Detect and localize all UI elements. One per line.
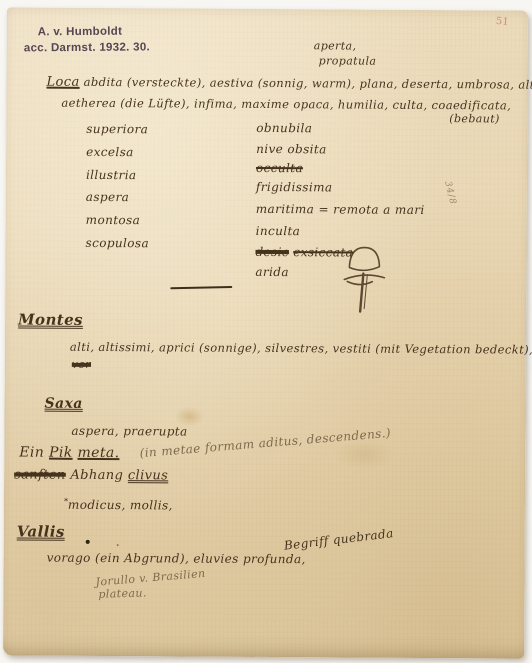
manuscript-content: A. v. Humboldt acc. Darmst. 1932. 30. 51… <box>3 7 528 658</box>
loca-line-1: Loca abdita (versteckte), aestiva (sonni… <box>46 76 532 94</box>
loca-left-item: illustria <box>86 169 137 182</box>
paper-stain <box>174 406 204 426</box>
margin-scribble: 34/8 <box>442 180 457 206</box>
exsiccata-struck-prefix: desic <box>255 245 289 259</box>
vallis-note-quebrada: Begriff quebrada <box>283 527 394 553</box>
saxa-line: aspera, praerupta <box>71 425 187 439</box>
vallis-note-below-1: Jorullo v. Brasilien <box>95 568 206 589</box>
vallis-line: vorago (ein Abgrund), eluvies profunda, <box>47 552 306 567</box>
loca-heading: Loca <box>46 75 79 90</box>
insertion-propatula: propatula <box>319 55 377 67</box>
loca-line-2: aetherea (die Lüfte), infima, maxime opa… <box>61 97 511 112</box>
loca-right-item: maritima = remota a mari <box>256 203 425 217</box>
vallis-heading: Vallis <box>17 523 65 540</box>
loca-right-item: inculta <box>256 225 301 238</box>
montes-struck-word: ver <box>72 359 91 371</box>
loca-left-item: montosa <box>86 214 141 228</box>
loca-left-item: superiora <box>86 123 148 137</box>
loca-line-2-note: (bebaut) <box>449 113 500 125</box>
insertion-aperta: aperta, <box>314 40 357 52</box>
paper-stain <box>334 439 394 469</box>
stamp-line-2: acc. Darmst. 1932. 30. <box>24 40 150 57</box>
vallis-note-below-2: plateau. <box>98 587 147 600</box>
pik-word-ein: Ein <box>19 444 44 460</box>
loca-left-item: scopulosa <box>86 237 150 251</box>
saxa-heading: Saxa <box>45 397 83 413</box>
page-number: 51 <box>495 16 509 28</box>
abhang-sub-line: *modicus, mollis, <box>64 498 173 513</box>
loca-left-item: excelsa <box>86 146 134 159</box>
stamp-line-1: A. v. Humboldt <box>24 24 150 41</box>
manuscript-paper: A. v. Humboldt acc. Darmst. 1932. 30. 51… <box>3 7 528 658</box>
humboldt-stamp: A. v. Humboldt acc. Darmst. 1932. 30. <box>24 24 150 56</box>
mushroom-sketch-icon <box>338 240 390 318</box>
abhang-struck-word: sanften <box>14 467 66 482</box>
loca-left-item: aspera <box>86 191 129 204</box>
pik-line: Ein Pik meta. <box>19 445 119 461</box>
abhang-sub-text: modicus, mollis, <box>68 498 173 513</box>
loca-right-item: frigidissima <box>256 181 333 195</box>
mushroom-sketch <box>338 240 390 322</box>
pik-word-meta: meta. <box>77 445 119 461</box>
loca-right-item-struck: occulta <box>256 162 303 175</box>
montes-heading: Montes <box>18 311 83 328</box>
separator-dash <box>170 286 232 289</box>
pik-word-pik: Pik <box>49 445 73 461</box>
loca-line-1-rest: abdita (versteckte), aestiva (sonnig, wa… <box>84 75 532 92</box>
red-speck <box>117 544 119 546</box>
loca-right-item: arida <box>255 266 289 279</box>
ink-dot <box>86 540 90 544</box>
loca-right-item: obnubila <box>256 122 312 136</box>
abhang-word: Abhang <box>70 468 123 483</box>
montes-line: alti, altissimi, aprici (sonnige), silve… <box>70 341 532 357</box>
clivus-word: clivus <box>128 468 168 483</box>
abhang-line: sanften Abhang clivus <box>14 468 168 483</box>
loca-right-item: nive obsita <box>256 143 327 157</box>
